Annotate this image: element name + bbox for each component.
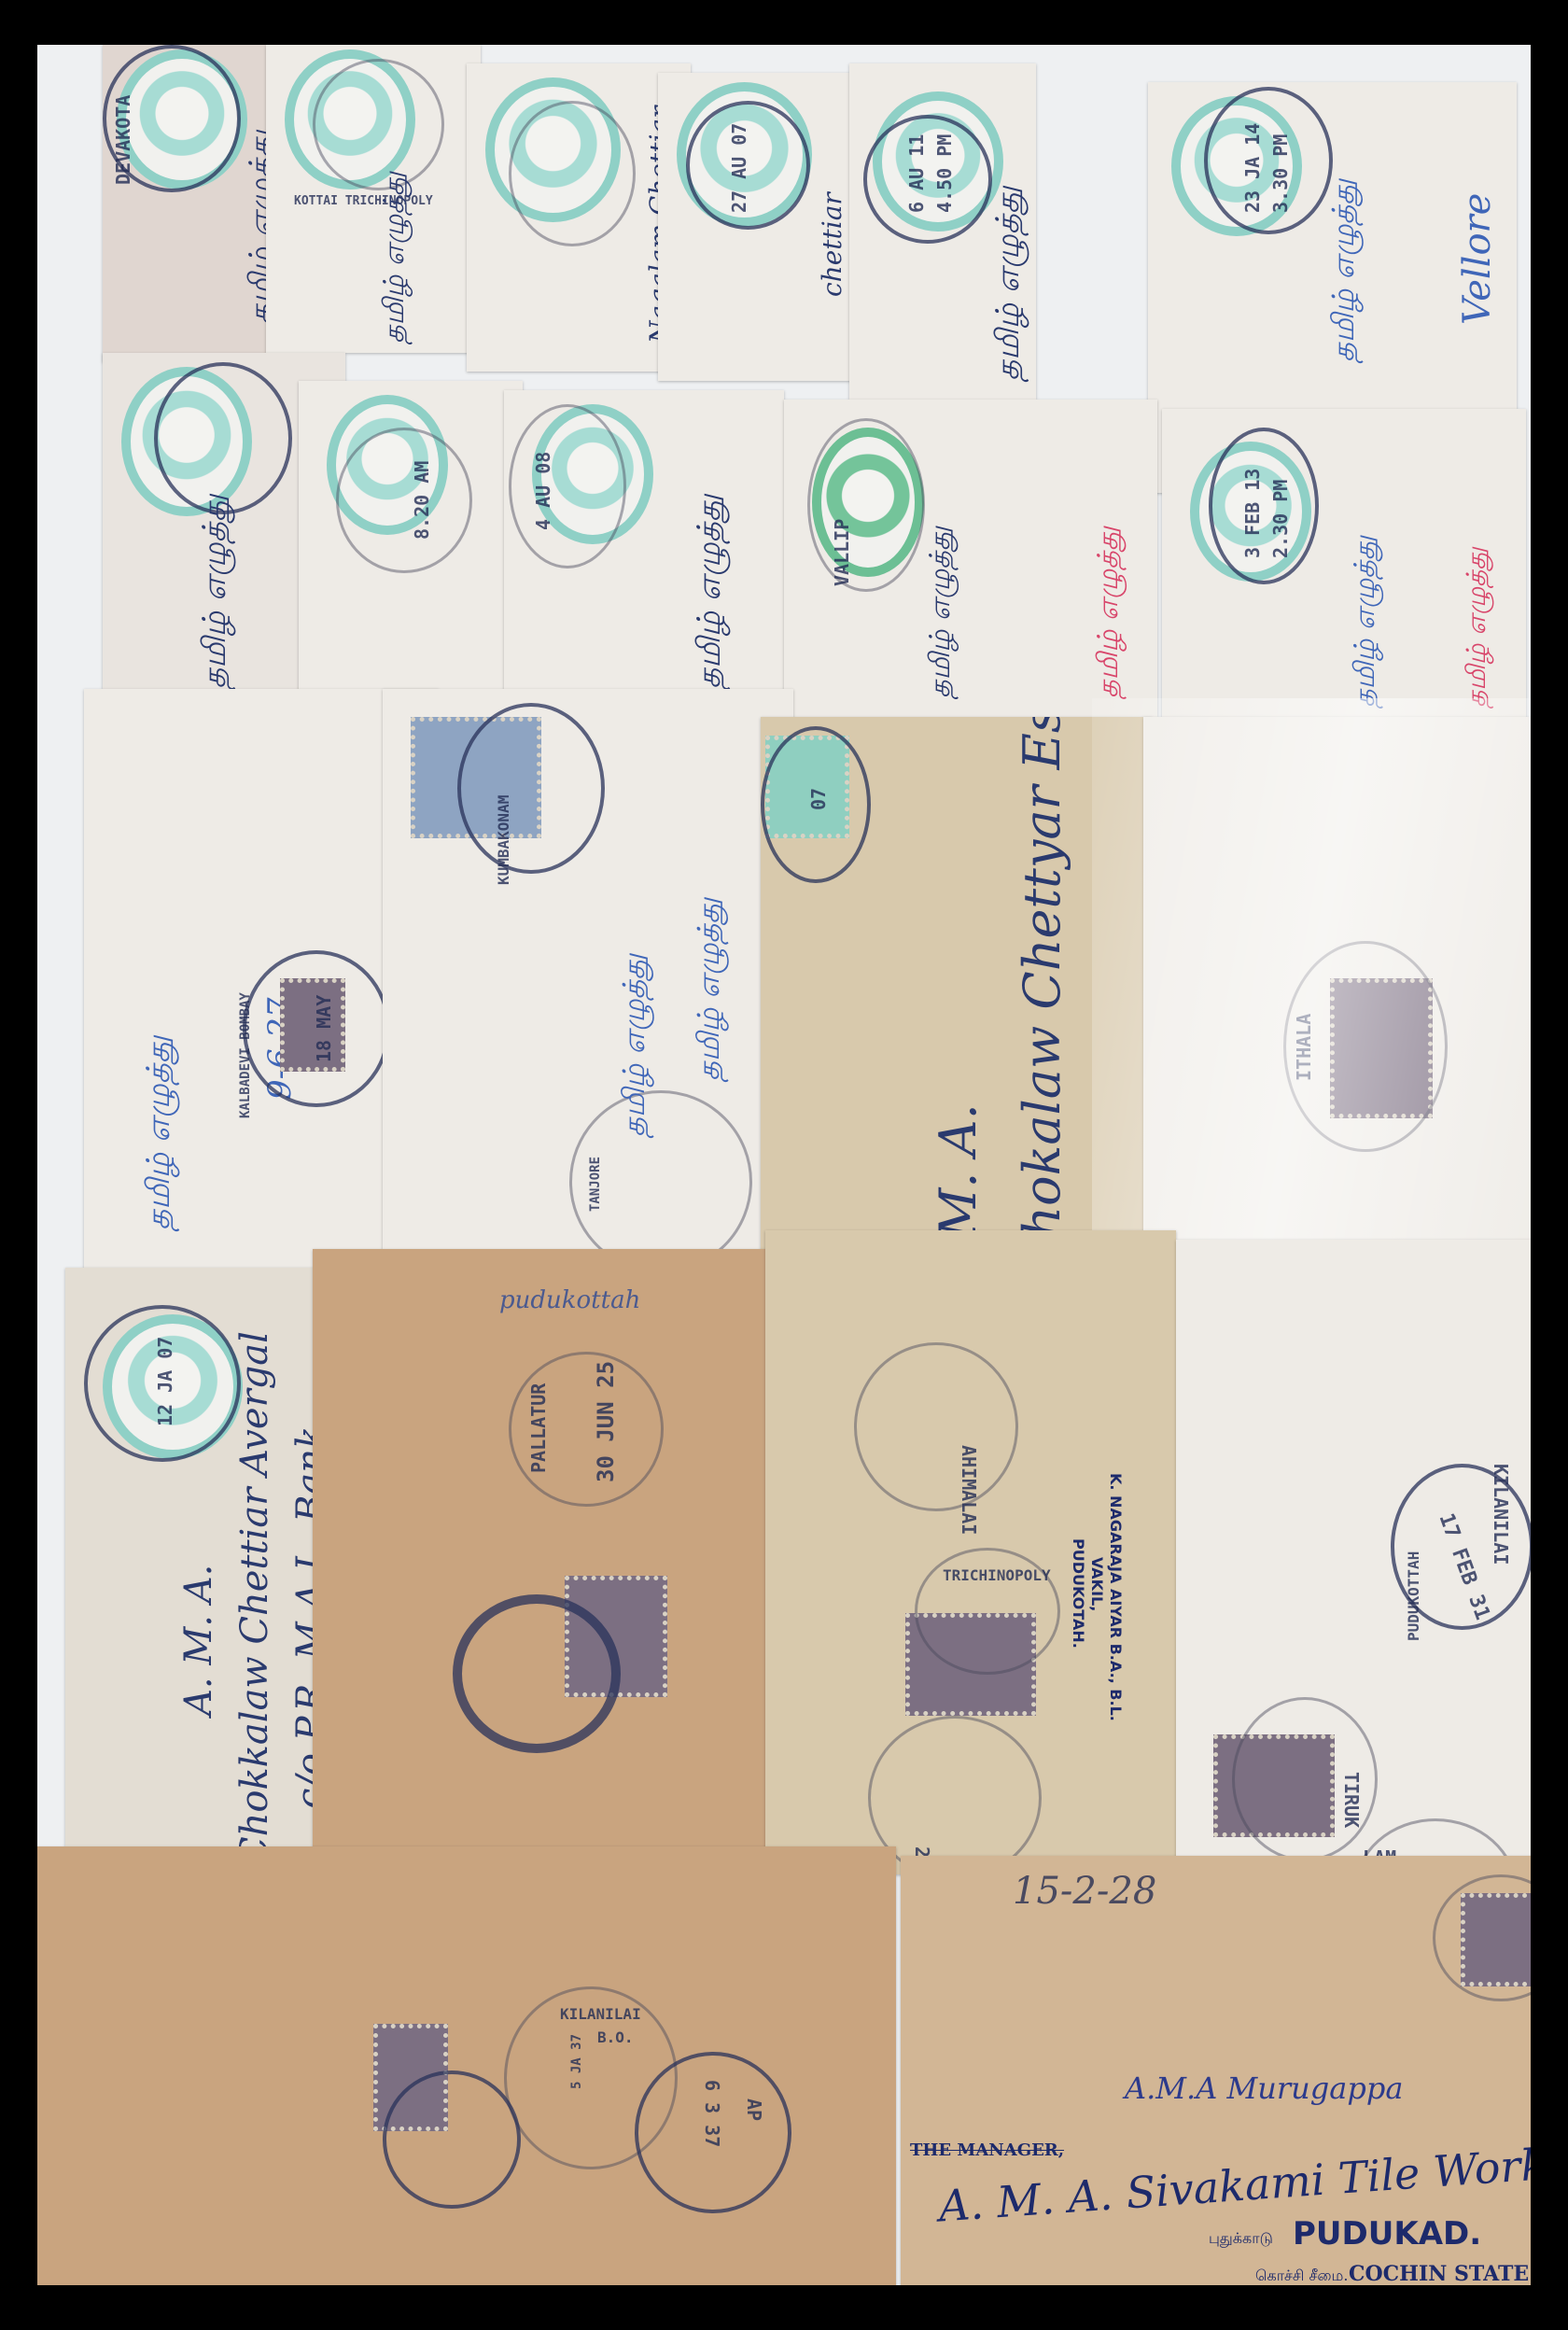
tanjore-postmark-text: TANJORE	[588, 1157, 603, 1212]
printed-state-tamil: கொச்சி சீமை.	[1255, 2267, 1348, 2285]
tiruchinapalli-postmark	[509, 101, 636, 246]
printed-state: COCHIN STATE	[1349, 2262, 1529, 2285]
devakottai-postmark	[1204, 87, 1333, 234]
kilanilai-bo-branch: B.O.	[597, 2028, 634, 2046]
sender-title: VAKIL,	[1088, 1557, 1106, 1611]
ahimalai-postmark	[854, 1342, 1018, 1511]
tamil-address: தமிழ் எழுத்து	[1325, 179, 1365, 362]
devakottai-postmark-date: 23 JA 14	[1241, 123, 1264, 213]
half-anna-postmark-date: 07	[807, 788, 830, 810]
tamil-address: தமிழ் எழுத்து	[989, 187, 1030, 381]
postmark-8-20am	[336, 428, 472, 573]
sender-town: PUDUKOTAH.	[1070, 1538, 1087, 1649]
envelope-vallip: VALLIP தமிழ் எழுத்து தமிழ் எழுத்து	[784, 400, 1157, 717]
addressee-line-1: A. M. A.	[177, 1565, 220, 1716]
envelope-kilanilai: KILANILAI 17 FEB 31 PUDUKOTTAH TIRUK LAM	[1176, 1240, 1531, 1893]
madras-postmark	[154, 362, 292, 514]
plastic-sleeve	[1092, 698, 1531, 1296]
tamil-address: தமிழ் எழுத்து	[924, 526, 960, 698]
envelope-4au08: 4 AU 08 தமிழ் எழுத்து	[504, 390, 784, 708]
pencil-pudukottah: pudukottah	[499, 1286, 640, 1314]
postmark-time-8-20am: 8.20 AM	[411, 461, 433, 540]
mannady-postmark	[863, 115, 992, 244]
pallatur-postmark-text: PALLATUR	[527, 1383, 550, 1473]
postmark-date-3feb13: 3 FEB 13	[1241, 469, 1264, 558]
vallip-postmark-text: VALLIP	[831, 519, 853, 586]
pudukottah-postmark-text: PUDUKOTTAH	[1405, 1551, 1422, 1641]
envelope-tiruchinapalli: Nagalam Chettiar	[467, 63, 691, 372]
udupi-postmark-date: 12 JA 07	[154, 1337, 176, 1426]
vellore-handwriting: Vellore	[1456, 193, 1499, 325]
devakottai-postmark-time: 3.30 PM	[1269, 134, 1292, 213]
kilanilai-postmark-text: KILANILAI	[1490, 1464, 1512, 1565]
tamil-handwriting: தமிழ் எழுத்து	[616, 954, 655, 1137]
vallip-postmark	[807, 418, 925, 592]
trichinopoly-postmark-text: TRICHINOPOLY	[943, 1566, 1051, 1584]
kumbakonam-postmark-text: KUMBAKONAM	[495, 795, 512, 885]
envelope-mannady: 6 AU 11 4.50 PM தமிழ் எழுத்து	[849, 63, 1036, 400]
ap-postmark-text: AP	[743, 2098, 765, 2121]
date-handwriting: 15-2-28	[1013, 1870, 1156, 1913]
kumbakonam-postmark	[457, 703, 605, 874]
devakota-postmark-text: DEVAKOTA	[112, 95, 134, 185]
postcard-kumbakonam-tanjore: KUMBAKONAM TANJORE தமிழ் எழுத்து தமிழ் எ…	[383, 689, 793, 1268]
tamil-address: தமிழ் எழுத்து	[378, 172, 414, 344]
postmark-4au08	[509, 404, 626, 568]
duplex-cancel	[383, 2070, 521, 2209]
printed-town-tamil: புதுக்காடு	[1209, 2229, 1273, 2249]
stamp-collection-photo: DEVAKOTA தமிழ் எழுத்து KOTTAI TRICHINOPO…	[37, 45, 1531, 2285]
kilanilai-bo-date: 5 JA 37	[569, 2034, 584, 2089]
pudukottah-postmark	[453, 1594, 621, 1753]
ap-postmark-date: 6 3 37	[701, 2080, 723, 2147]
envelope-kottai-trichinopoly: KOTTAI TRICHINOPOLY தமிழ் எழுத்து	[266, 45, 481, 353]
tamil-address: தமிழ் எழுத்து	[140, 1036, 181, 1230]
recipient-handwriting: A.M.A Murugappa	[1125, 2070, 1403, 2106]
red-tamil-handwriting: தமிழ் எழுத்து	[1092, 526, 1128, 698]
kalbadevi-bombay-text: KALBADEVI BOMBAY	[238, 992, 253, 1118]
ahimalai-postmark-text: AHIMALAI	[958, 1445, 980, 1535]
tile-works-postmark	[1433, 1874, 1531, 2001]
addressee-line-1: M. A.	[929, 1103, 987, 1240]
postmark-27au07-date: 27 AU 07	[728, 123, 750, 213]
chettiar-handwriting: chettiar	[817, 192, 847, 297]
postmark-date-4au08: 4 AU 08	[532, 452, 554, 530]
tamil-address: தமிழ் எழுத்து	[196, 495, 237, 689]
kottai-postmark	[313, 59, 444, 190]
envelope-8-20am: 8.20 AM	[299, 381, 523, 698]
mannady-postmark-date: 6 AU 11	[905, 134, 928, 213]
tamil-address: தமிழ் எழுத்து	[1349, 536, 1385, 708]
addressee-line-2: Chokkalaw Chettiar Avergal	[233, 1331, 276, 1865]
tiruk-postmark-text: TIRUK	[1340, 1772, 1363, 1828]
printed-manager: THE MANAGER,	[910, 2141, 1064, 2160]
envelope-pallatur: pudukottah PALLATUR 30 JUN 25	[313, 1249, 798, 1893]
cover-sivakami-tile-works: 15-2-28 A.M.A Murugappa THE MANAGER, A. …	[901, 1856, 1531, 2285]
addressee-line-2: Chokalaw Chettyar Esqr	[1013, 717, 1071, 1277]
envelope-back-kilanilai-bo: KILANILAI B.O. 5 JA 37 6 3 37 AP	[37, 1846, 896, 2285]
bombay-date: 18 MAY	[313, 995, 335, 1062]
printed-town: PUDUKAD.	[1293, 2215, 1481, 2253]
envelope-3feb13: 3 FEB 13 2.30 PM தமிழ் எழுத்து தமிழ் எழு…	[1162, 409, 1526, 726]
envelope-devakota: DEVAKOTA தமிழ் எழுத்து	[103, 45, 289, 362]
cover-nagaraja-aiyar: AHIMALAI TRICHINOPOLY 25 AUG 28 K. NAGAR…	[765, 1230, 1176, 1874]
mannady-postmark-time: 4.50 PM	[933, 134, 956, 213]
sender-name: K. NAGARAJA AIYAR B.A., B.L.	[1107, 1473, 1125, 1721]
kilanilai-bo-text: KILANILAI	[560, 2005, 641, 2023]
tamil-address: தமிழ் எழுத்து	[691, 495, 732, 689]
postmark-3feb13	[1209, 428, 1319, 584]
envelope-27au07: 27 AU 07 chettiar	[658, 73, 873, 381]
tamil-handwriting: தமிழ் எழுத்து	[691, 898, 730, 1081]
red-tamil-handwriting: தமிழ் எழுத்து	[1461, 547, 1495, 708]
postmark-time-2-30pm: 2.30 PM	[1269, 480, 1292, 558]
pallatur-postmark-date: 30 JUN 25	[593, 1361, 619, 1482]
